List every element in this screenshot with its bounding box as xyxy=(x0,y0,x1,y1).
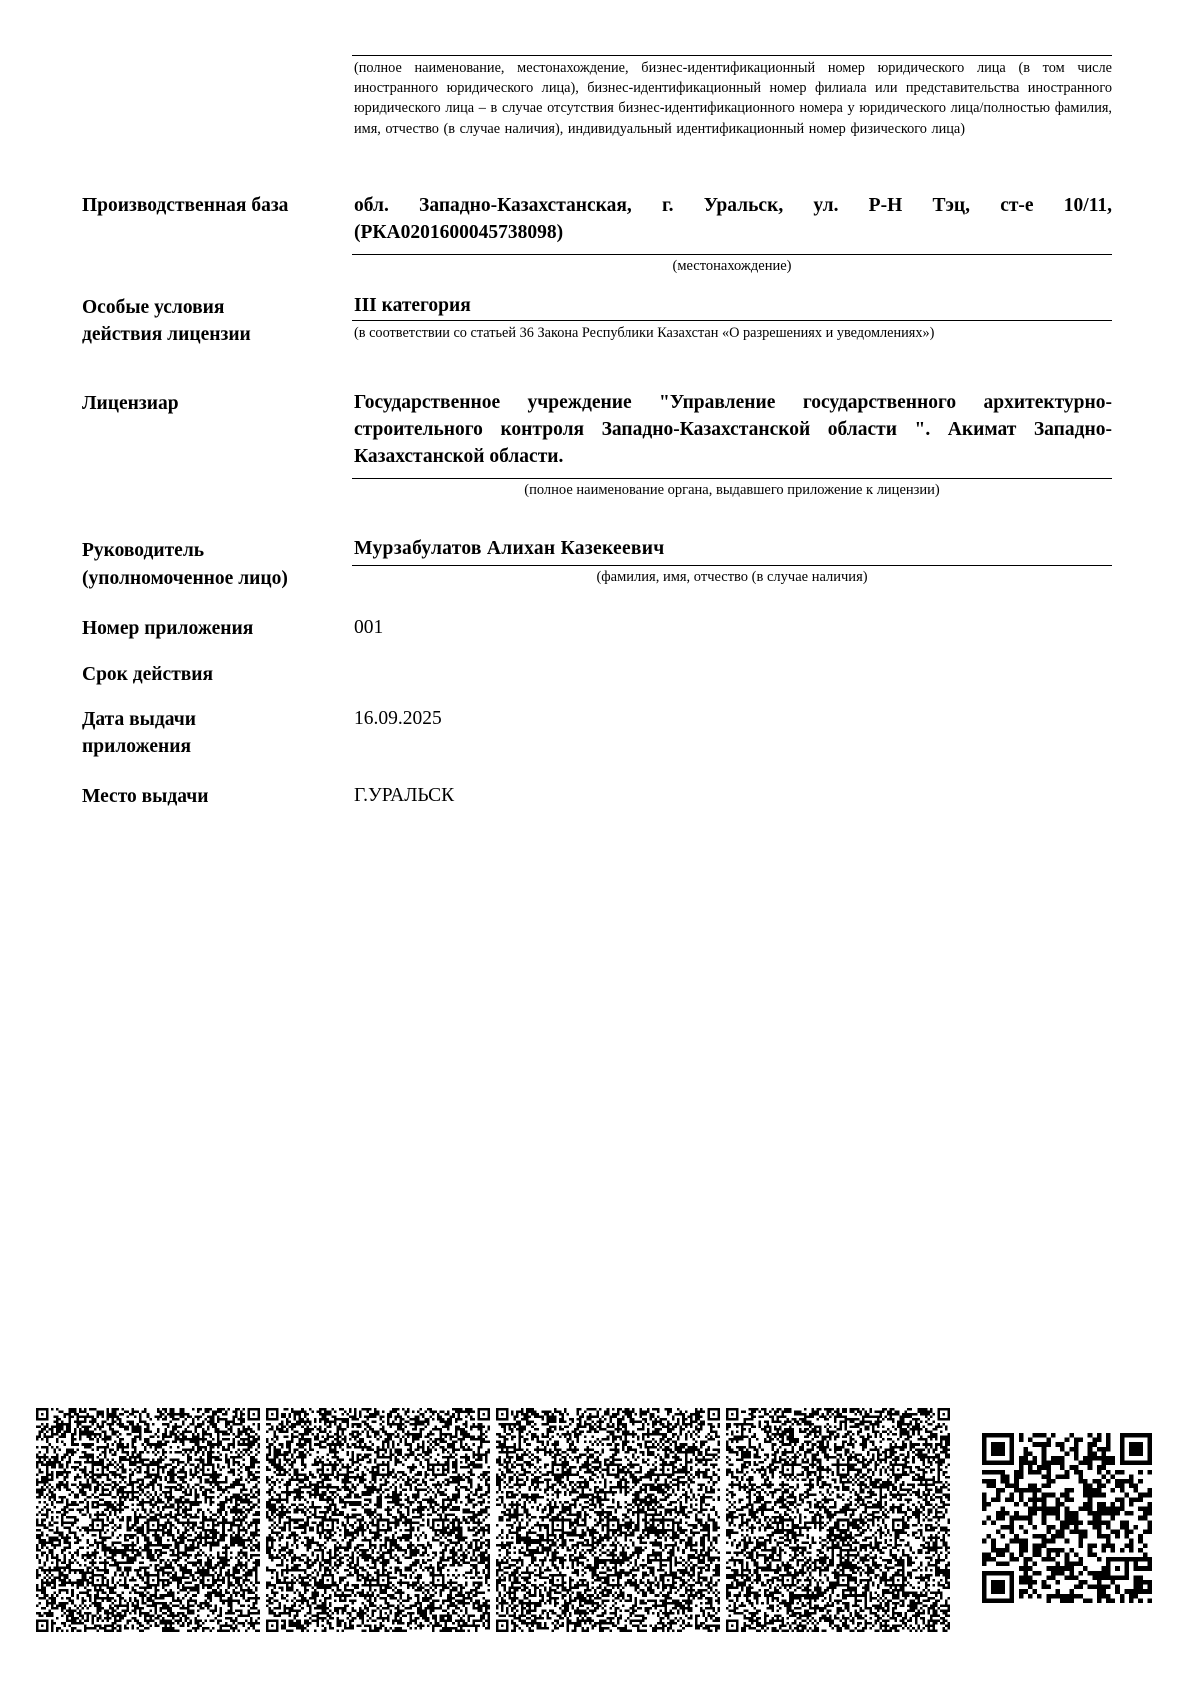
manager-label-line1: Руководитель xyxy=(82,537,342,564)
qr-code-1 xyxy=(36,1408,260,1632)
licensor-caption: (полное наименование органа, выдавшего п… xyxy=(352,482,1112,499)
appendix-number-label: Номер приложения xyxy=(82,615,342,642)
validity-label: Срок действия xyxy=(82,661,342,688)
qr-code-small xyxy=(982,1433,1152,1603)
qr-code-3 xyxy=(496,1408,720,1632)
issue-place-value: Г.УРАЛЬСК xyxy=(354,782,454,809)
applicant-caption: (полное наименование, местонахождение, б… xyxy=(354,58,1112,139)
production-base-label: Производственная база xyxy=(82,192,352,219)
qr-code-2 xyxy=(266,1408,490,1632)
issue-place-label: Место выдачи xyxy=(82,783,342,810)
special-conditions-label: Особые условия действия лицензии xyxy=(82,294,342,348)
issue-date-value: 16.09.2025 xyxy=(354,705,442,732)
licensor-label: Лицензиар xyxy=(82,390,342,417)
manager-underline xyxy=(352,565,1112,566)
licensor-value: Государственное учреждение "Управление г… xyxy=(354,389,1112,470)
manager-label: Руководитель (уполномоченное лицо) xyxy=(82,537,342,592)
appendix-number-value: 001 xyxy=(354,614,383,641)
manager-label-line2: (уполномоченное лицо) xyxy=(82,565,342,592)
issue-date-label: Дата выдачи приложения xyxy=(82,706,342,760)
special-conditions-caption: (в соответствии со статьей 36 Закона Рес… xyxy=(354,323,1112,343)
issue-date-label-line1: Дата выдачи xyxy=(82,706,342,733)
issue-date-label-line2: приложения xyxy=(82,733,342,760)
manager-value: Мурзабулатов Алихан Казекеевич xyxy=(354,535,1112,562)
qr-code-4 xyxy=(726,1408,950,1632)
production-base-value: обл. Западно-Казахстанская, г. Уральск, … xyxy=(354,192,1112,246)
special-conditions-value: III категория xyxy=(354,292,1112,319)
special-conditions-label-line2: действия лицензии xyxy=(82,321,342,348)
production-base-underline xyxy=(352,254,1112,255)
licensor-underline xyxy=(352,478,1112,479)
manager-caption: (фамилия, имя, отчество (в случае наличи… xyxy=(352,569,1112,586)
production-base-caption: (местонахождение) xyxy=(352,258,1112,275)
special-conditions-underline xyxy=(352,320,1112,321)
special-conditions-label-line1: Особые условия xyxy=(82,294,342,321)
applicant-underline xyxy=(352,55,1112,56)
